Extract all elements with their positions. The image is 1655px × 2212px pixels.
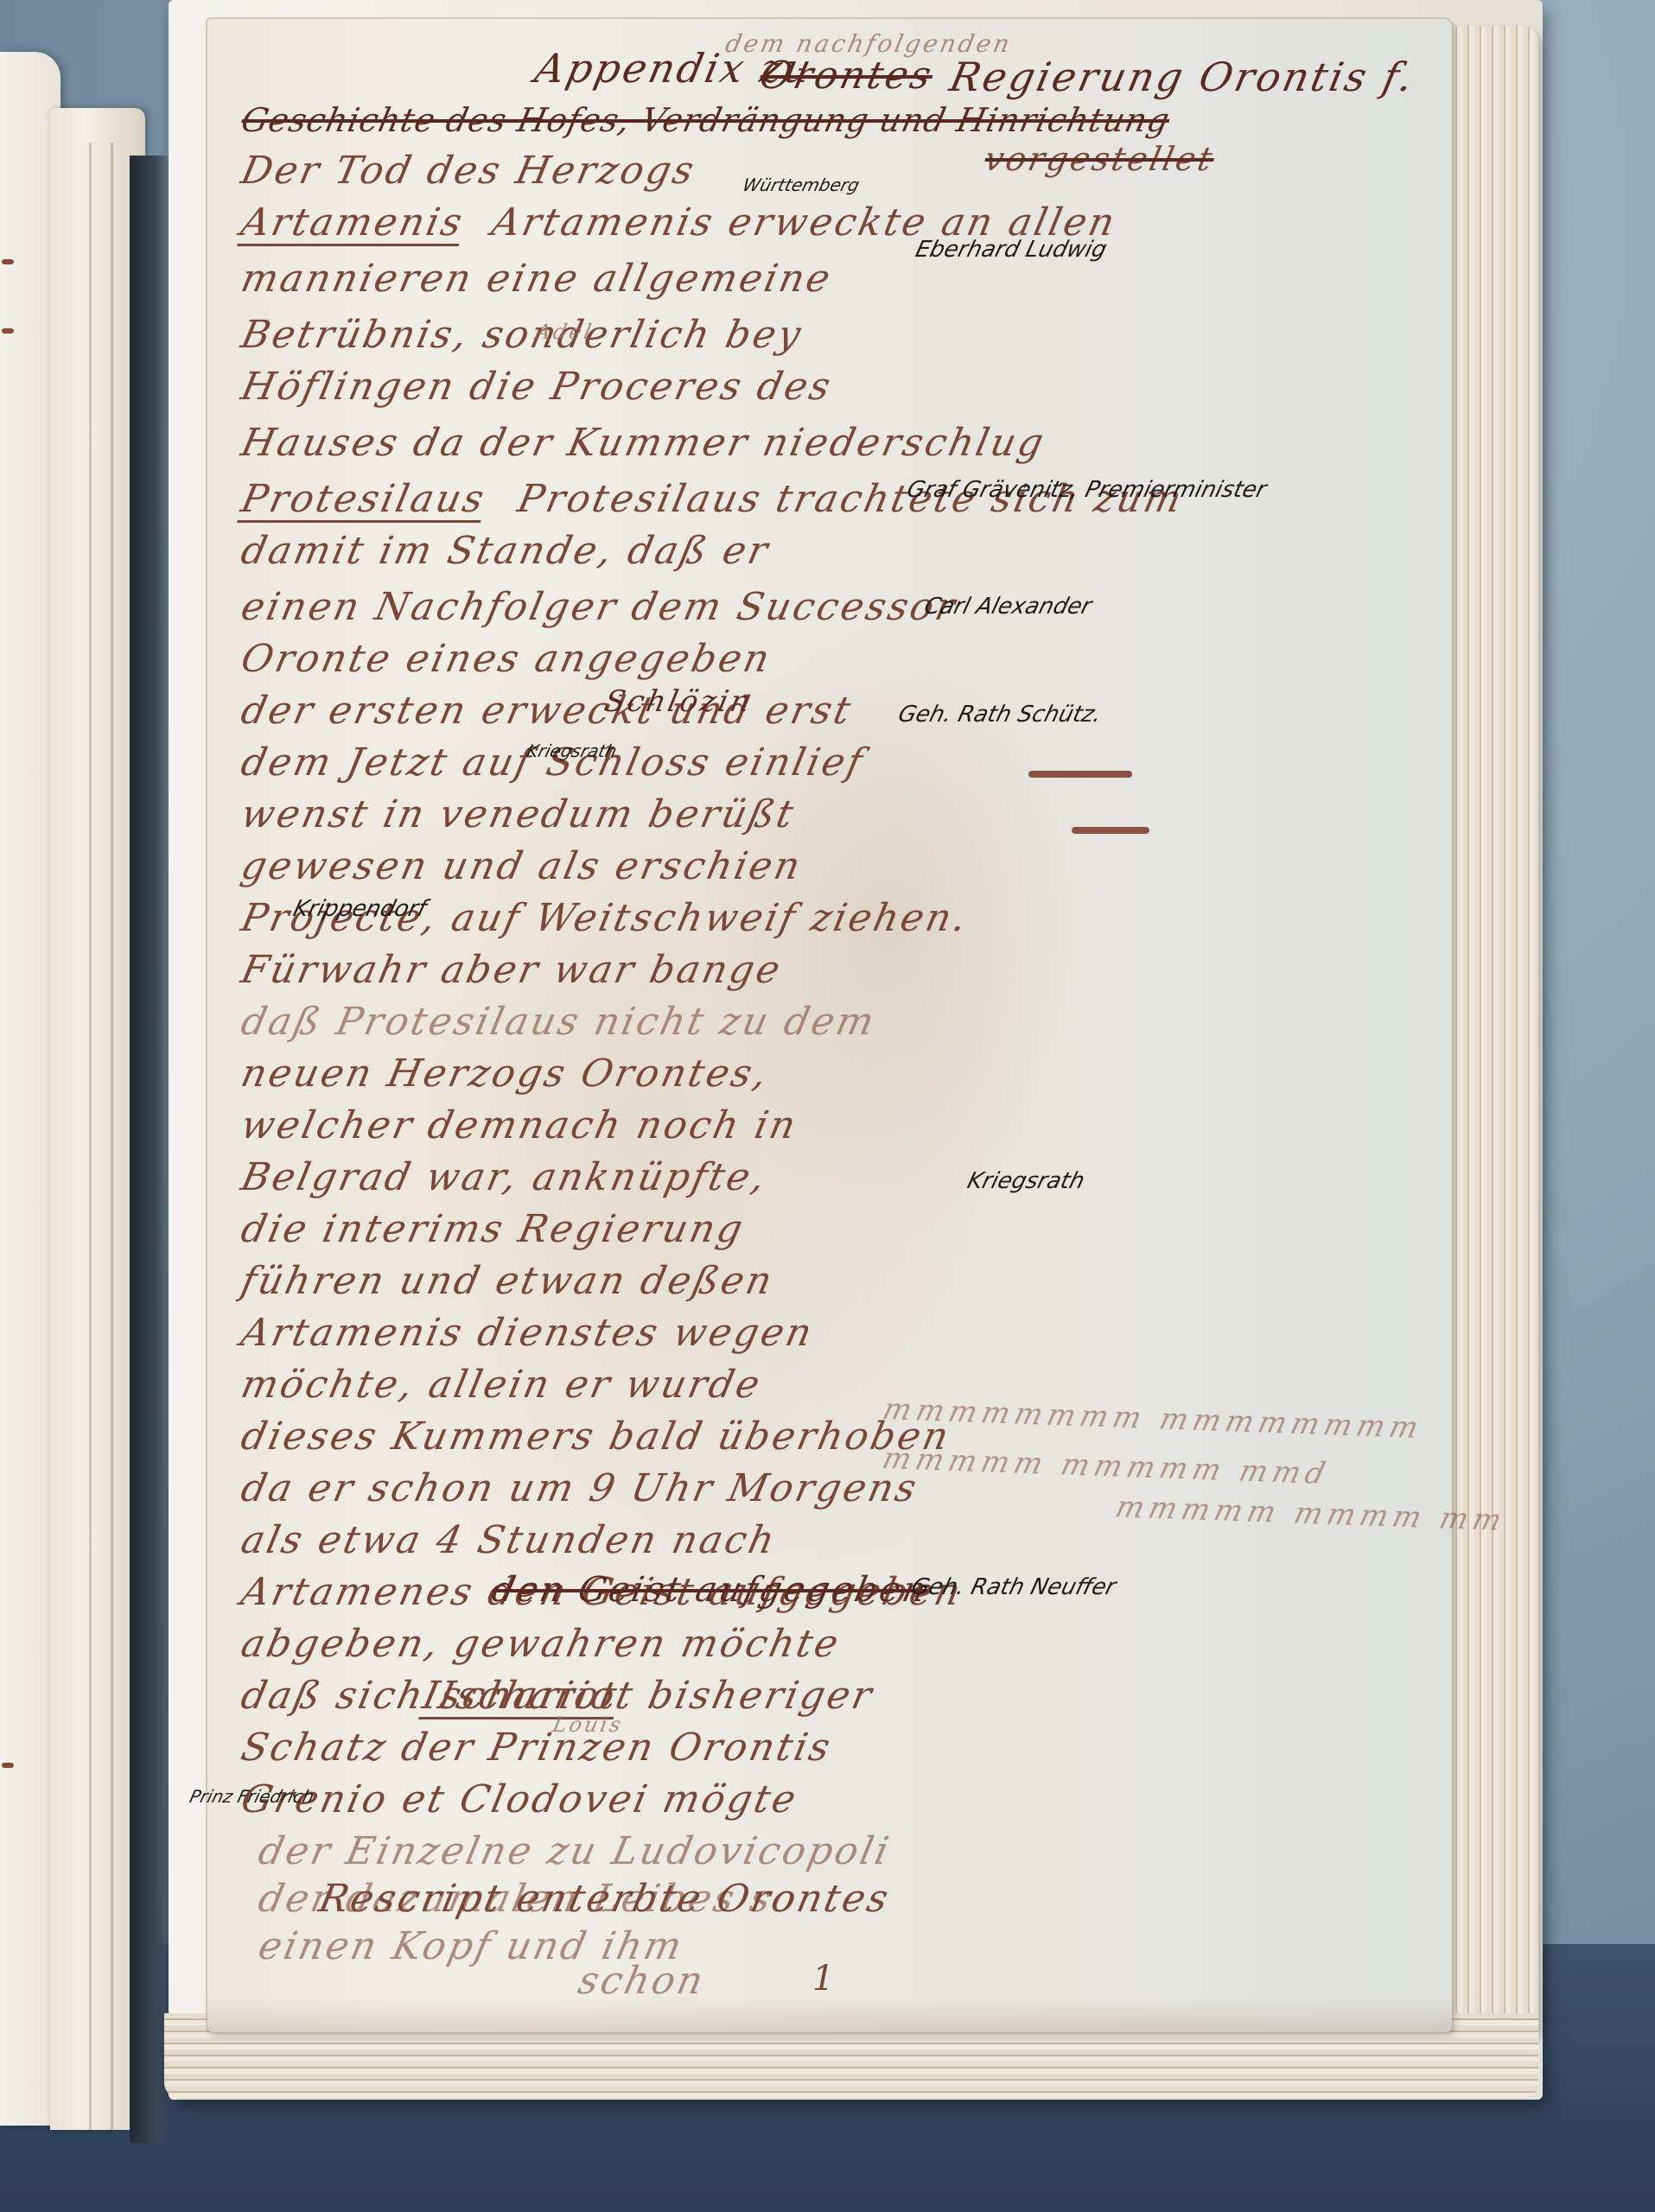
body-line: daß Protesilaus nicht zu dem — [238, 1000, 881, 1044]
body-line: Höflingen die Proceres des — [238, 365, 837, 409]
body-line: Artamenis — [238, 200, 468, 245]
struck-phrase: den Geist aufgegeben — [488, 1570, 932, 1610]
struck-line: Geschichte des Hofes, Verdrängung und Hi… — [238, 101, 1173, 139]
body-line: einen Nachfolger dem Successor — [238, 585, 962, 629]
heading-struck: Orontes — [756, 54, 938, 98]
underlined-name: Artamenis — [238, 200, 468, 245]
bleed-through-line: mmmmm mmmm mm — [1112, 1490, 1511, 1538]
struck-right: vorgestellet — [981, 140, 1218, 178]
gutter-shadow — [130, 156, 173, 2143]
marginal-gloss: Geh. Rath Neuffer — [908, 1574, 1118, 1600]
body-line: Grenio et Clodovei mögte — [238, 1777, 803, 1821]
body-line: Rescript enterbte Orontes — [315, 1877, 894, 1921]
body-line: der ersten erweckt und erst — [238, 689, 857, 733]
body-line: Schatz der Prinzen Orontis — [238, 1726, 837, 1770]
body-line: mannieren eine allgemeine — [238, 257, 837, 301]
manuscript-page: Appendix zu dem nachfolgenden Orontes Re… — [207, 19, 1452, 2032]
body-line: schon — [575, 1959, 710, 2003]
body-line: Der Tod des Herzogs — [238, 149, 700, 193]
body-line: da er schon um 9 Uhr Morgens — [238, 1466, 923, 1510]
ink-mark — [2, 259, 14, 264]
bleed-through-line: mmmmm mmmmm mmd — [879, 1441, 1334, 1491]
marginal-gloss: Kriegsrath — [964, 1168, 1087, 1194]
marginal-gloss: Prinz Friedrich — [188, 1786, 316, 1807]
body-line: gewesen und als erschien — [238, 844, 806, 888]
ink-dash — [1072, 827, 1149, 834]
body-line: Fürwahr aber war bange — [238, 948, 786, 992]
body-line: Belgrad war, anknüpfte, — [238, 1155, 772, 1199]
marginal-gloss: Geh. Rath Schütz. — [895, 702, 1104, 728]
inline-insertion: Adel — [533, 320, 596, 344]
body-line: welcher demnach noch in — [238, 1103, 802, 1147]
marginal-gloss: Württemberg — [741, 175, 862, 195]
body-line: Hauses da der Kummer niederschlug — [238, 421, 1050, 465]
body-line: Ischariot — [419, 1674, 623, 1718]
page-fold — [89, 143, 92, 2130]
underlined-name: Ischariot — [419, 1674, 623, 1718]
body-line: führen und etwan deßen — [238, 1259, 779, 1303]
marginal-gloss: Kriegsrath — [525, 741, 619, 761]
heading-main: Regierung Orontis f. — [945, 54, 1419, 100]
marginal-gloss: Krippendorf — [290, 896, 429, 922]
body-line: die interims Regierung — [238, 1207, 749, 1251]
marginal-gloss: Graf Grävenitz, Premierminister — [904, 477, 1269, 503]
ink-mark — [2, 328, 14, 334]
body-line: damit im Stande, daß er — [238, 529, 774, 573]
foliation-mark: 1 — [812, 1959, 834, 1999]
body-line: Protesilaus — [238, 477, 491, 521]
marginal-gloss: Eberhard Ludwig — [913, 237, 1109, 263]
body-line: als etwa 4 Stunden nach — [238, 1518, 781, 1562]
body-line: abgeben, gewahren möchte — [238, 1622, 845, 1666]
marginal-gloss: Carl Alexander — [921, 594, 1094, 620]
body-line: Artamenis dienstes wegen — [238, 1311, 818, 1355]
inline-insertion: Schlözin — [602, 684, 756, 719]
page-fold — [111, 143, 113, 2130]
bleed-through-line: mmmmmmmm mmmmmmmm — [880, 1392, 1428, 1446]
ink-mark — [2, 1763, 14, 1768]
body-line: dieses Kummers bald überhoben — [238, 1414, 955, 1459]
inline-insertion: Louis — [551, 1713, 626, 1737]
body-line: möchte, allein er wurde — [238, 1363, 767, 1407]
ink-dash — [1028, 771, 1132, 778]
body-line: wenst in venedum berüßt — [238, 792, 800, 836]
body-line: der Einzelne zu Ludovicopoli — [255, 1829, 895, 1873]
body-line: Oronte eines angegeben — [238, 637, 776, 681]
underlined-name: Protesilaus — [238, 477, 491, 521]
body-line: neuen Herzogs Orontes, — [238, 1052, 773, 1096]
body-line: Betrübnis, sonderlich bey — [238, 313, 807, 357]
